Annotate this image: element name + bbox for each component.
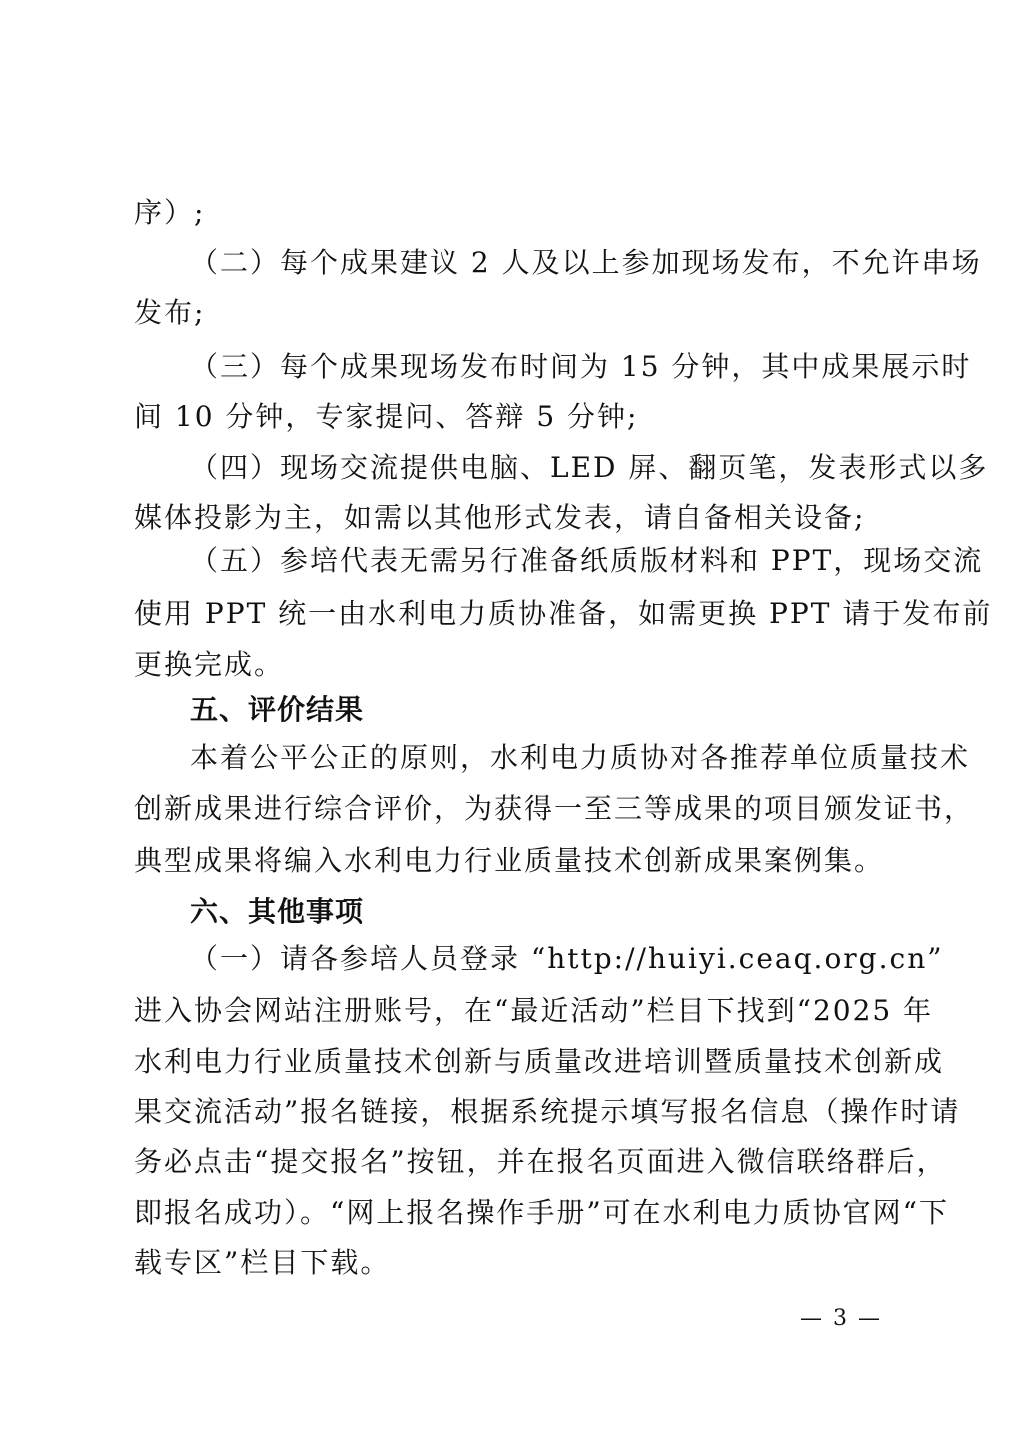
text-line: 更换完成。 [134,648,890,682]
text-line: （三）每个成果现场发布时间为 15 分钟，其中成果展示时 [190,350,890,384]
text-line: 本着公平公正的原则，水利电力质协对各推荐单位质量技术 [190,741,890,775]
text-line: 进入协会网站注册账号，在“最近活动”栏目下找到“2025 年 [134,994,890,1028]
text-line: 间 10 分钟，专家提问、答辩 5 分钟; [134,400,890,434]
text-line: 水利电力行业质量技术创新与质量改进培训暨质量技术创新成 [134,1045,890,1079]
text-line: 典型成果将编入水利电力行业质量技术创新成果案例集。 [134,844,890,878]
text-line: （五）参培代表无需另行准备纸质版材料和 PPT，现场交流 [190,544,890,578]
document-page: 序）;（二）每个成果建议 2 人及以上参加现场发布，不允许串场发布;（三）每个成… [0,0,1024,1447]
text-line: 务必点击“提交报名”按钮，并在报名页面进入微信联络群后， [134,1145,890,1179]
text-line: （一）请各参培人员登录 “http://huiyi.ceaq.org.cn” [190,942,890,976]
text-line: 即报名成功）。“网上报名操作手册”可在水利电力质协官网“下 [134,1196,890,1230]
page-number: — 3 — [800,1304,882,1334]
text-line: 发布; [134,296,890,330]
text-line: （二）每个成果建议 2 人及以上参加现场发布，不允许串场 [190,246,890,280]
text-line: 载专区”栏目下载。 [134,1246,890,1280]
text-line: 序）; [134,196,890,230]
text-line: 创新成果进行综合评价，为获得一至三等成果的项目颁发证书， [134,792,890,826]
text-line: 使用 PPT 统一由水利电力质协准备，如需更换 PPT 请于发布前 [134,597,890,631]
text-line: 果交流活动”报名链接，根据系统提示填写报名信息（操作时请 [134,1095,890,1129]
text-line: 媒体投影为主，如需以其他形式发表，请自备相关设备; [134,501,890,535]
text-line: （四）现场交流提供电脑、LED 屏、翻页笔，发表形式以多 [190,451,890,485]
section-heading: 五、评价结果 [190,693,890,727]
section-heading: 六、其他事项 [190,895,890,929]
